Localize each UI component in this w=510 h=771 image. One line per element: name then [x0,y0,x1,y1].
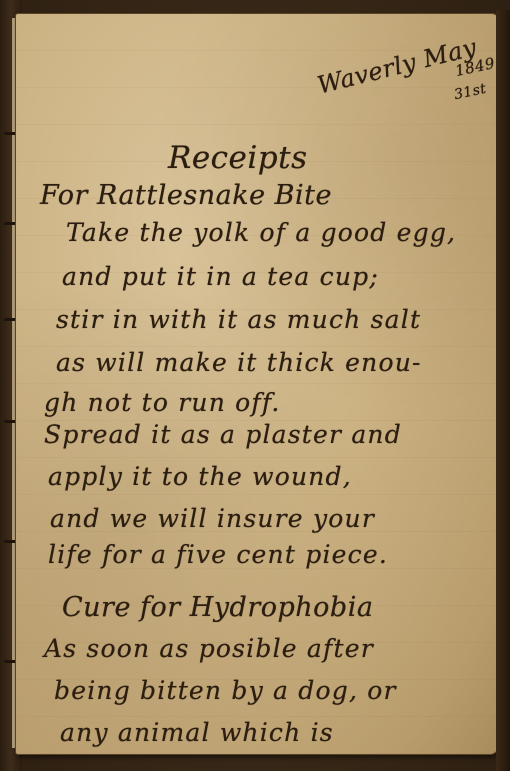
text-line: As soon as posible after [44,634,374,663]
text-line: being bitten by a dog, or [54,676,397,705]
text-line: Spread it as a plaster and [44,420,402,449]
text-line: and put it in a tea cup; [62,262,379,291]
text-line: as will make it thick enou- [56,348,422,377]
section-heading-hydrophobia: Cure for Hydrophobia [62,592,373,623]
text-line: Take the yolk of a good egg, [66,218,456,247]
section-heading-rattlesnake: For Rattlesnake Bite [40,180,332,211]
text-line: apply it to the wound, [48,462,352,491]
text-line: stir in with it as much salt [56,305,421,334]
text-line: gh not to run off. [44,388,281,417]
notebook-photo: Waverly May 1849 31st Receipts For Rattl… [0,0,510,771]
text-line: any animal which is [60,718,334,747]
text-line: and we will insure your [50,504,375,533]
cover-edge [496,10,510,771]
page-title: Receipts [168,140,308,176]
text-line: life for a five cent piece. [48,540,388,569]
